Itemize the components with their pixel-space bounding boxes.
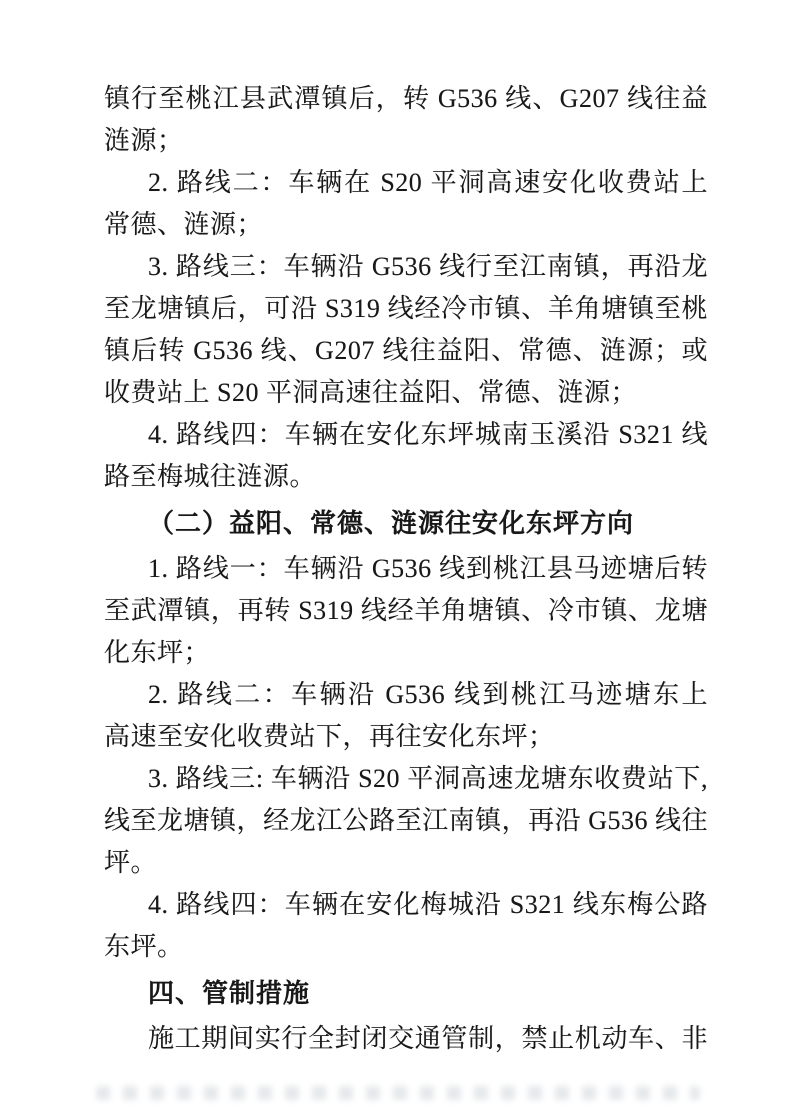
text-line: 施工期间实行全封闭交通管制，禁止机动车、非机动车 bbox=[104, 1018, 708, 1060]
text-line: 4. 路线四：车辆在安化梅城沿 S321 线东梅公路至安化 bbox=[104, 884, 708, 926]
text-line: 线至龙塘镇，经龙江公路至江南镇，再沿 G536 线往安化东 bbox=[104, 800, 708, 842]
section-heading: （二）益阳、常德、涟源往安化东坪方向 bbox=[104, 502, 708, 544]
text-line: 坪。 bbox=[104, 842, 708, 884]
text-line: 常德、涟源； bbox=[104, 204, 708, 246]
text-line: 2. 路线二：车辆在 S20 平洞高速安化收费站上往益阳、 bbox=[104, 162, 708, 204]
section-heading: 四、管制措施 bbox=[104, 972, 708, 1014]
text-line: 镇行至桃江县武潭镇后，转 G536 线、G207 线往益阳、常德、 bbox=[104, 78, 708, 120]
text-line: 1. 路线一：车辆沿 G536 线到桃江县马迹塘后转 G207 线 bbox=[104, 548, 708, 590]
text-line: 4. 路线四：车辆在安化东坪城南玉溪沿 S321 线东梅公 bbox=[104, 414, 708, 456]
text-line: 2. 路线二：车辆沿 G536 线到桃江马迹塘东上 S20 平洞 bbox=[104, 674, 708, 716]
text-line: 路至梅城往涟源。 bbox=[104, 456, 708, 498]
text-line: 涟源； bbox=[104, 120, 708, 162]
text-line: 至武潭镇，再转 S319 线经羊角塘镇、冷市镇、龙塘镇往安 bbox=[104, 590, 708, 632]
text-line: 高速至安化收费站下，再往安化东坪； bbox=[104, 716, 708, 758]
text-line: 化东坪； bbox=[104, 632, 708, 674]
bleed-through-text bbox=[96, 1086, 700, 1100]
text-line: 东坪。 bbox=[104, 926, 708, 968]
text-line: 3. 路线三: 车辆沿 S20 平洞高速龙塘东收费站下, 转 S319 bbox=[104, 758, 708, 800]
text-line: 镇后转 G536 线、G207 线往益阳、常德、涟源；或在龙塘东 bbox=[104, 330, 708, 372]
text-line: 3. 路线三：车辆沿 G536 线行至江南镇，再沿龙江公路 bbox=[104, 246, 708, 288]
document-body: 镇行至桃江县武潭镇后，转 G536 线、G207 线往益阳、常德、涟源；2. 路… bbox=[104, 78, 708, 1060]
text-line: 至龙塘镇后，可沿 S319 线经冷市镇、羊角塘镇至桃江武潭 bbox=[104, 288, 708, 330]
text-line: 收费站上 S20 平洞高速往益阳、常德、涟源； bbox=[104, 372, 708, 414]
document-page: 镇行至桃江县武潭镇后，转 G536 线、G207 线往益阳、常德、涟源；2. 路… bbox=[0, 0, 800, 1108]
